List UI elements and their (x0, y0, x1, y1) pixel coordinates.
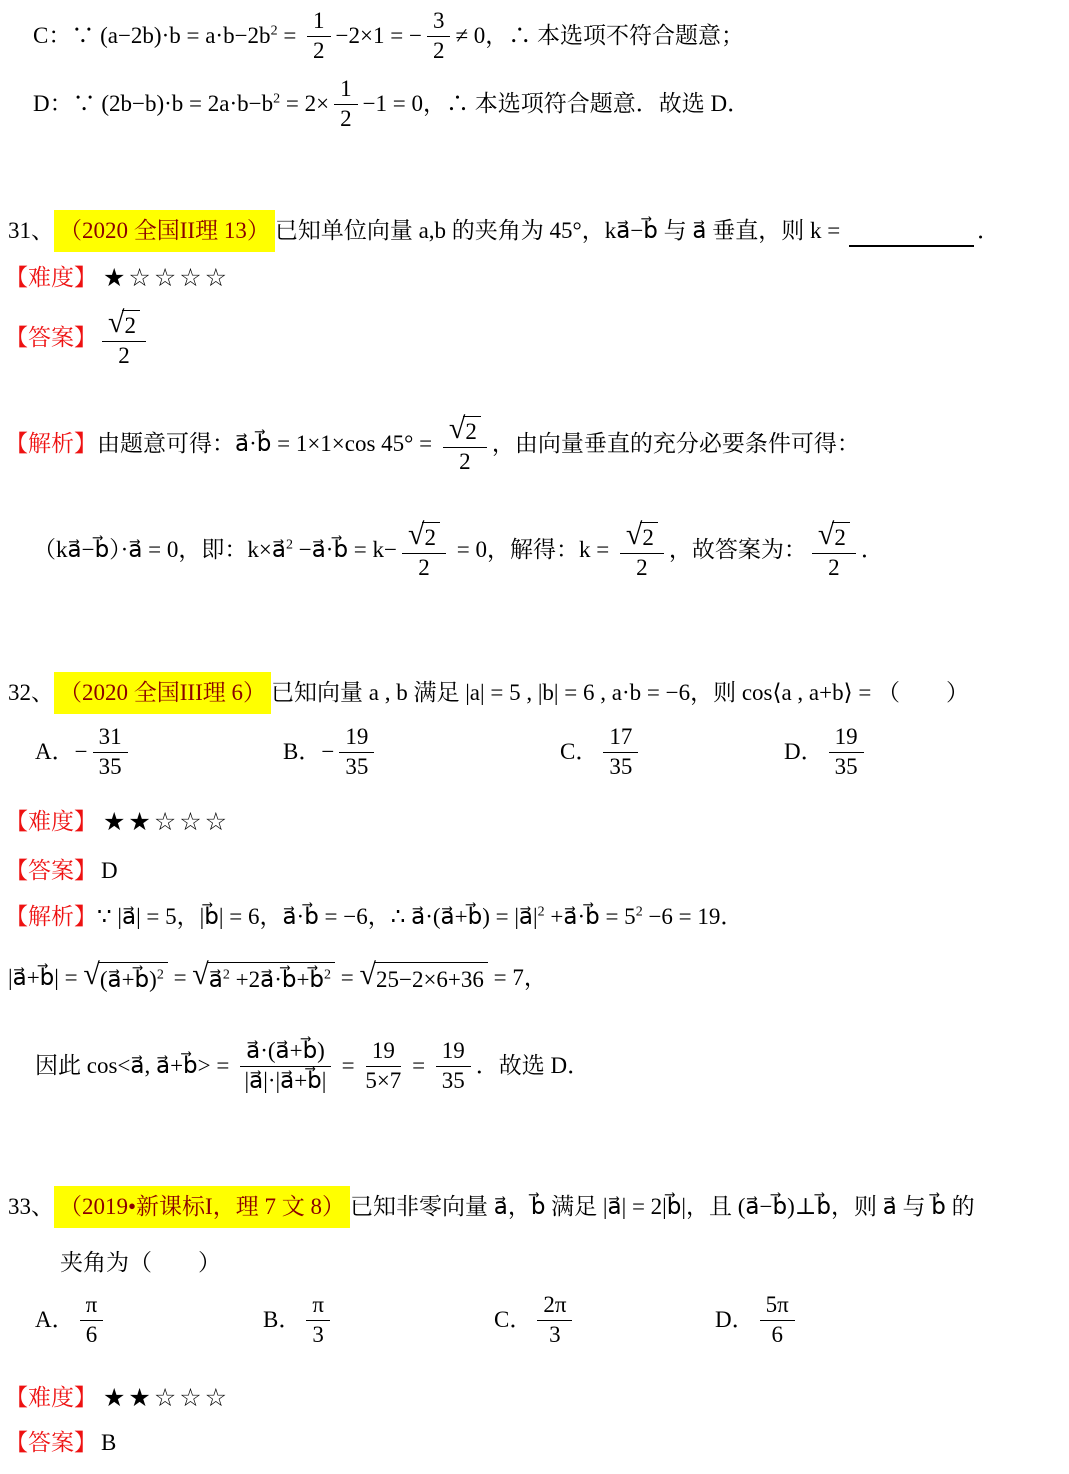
difficulty-stars: ★★☆☆☆ (103, 806, 230, 839)
option-label: C． (560, 737, 598, 767)
answer-label: 【答案】 (5, 323, 97, 353)
question-text: 已知向量 a , b 满足 |a| = 5 , |b| = 6 , a·b = … (271, 678, 969, 708)
numerator: 17 (603, 724, 638, 753)
denominator: 5×7 (365, 1067, 401, 1094)
denominator: 35 (345, 753, 368, 780)
question-text: 夹角为（ ） (60, 1248, 221, 1278)
exponent: 2 (286, 538, 293, 553)
math-text: = 0，解得：k = (451, 535, 615, 565)
math-text: （ka⃗−b⃗）·a⃗ = 0，即：k×a⃗ (33, 535, 286, 565)
radicand: 2 (463, 416, 481, 445)
numerator: 19 (829, 724, 864, 753)
numerator: 2π (537, 1292, 572, 1321)
conclusion-text: −1 = 0，∴ 本选项符合题意．故选 D． (363, 89, 751, 119)
denominator: 2 (636, 554, 648, 581)
denominator: 2 (340, 105, 352, 132)
fraction: 1935 (339, 724, 374, 780)
q32-option-a: A．− 3135 (35, 724, 133, 780)
denominator: 35 (835, 753, 858, 780)
answer-label: 【答案】 (5, 1428, 97, 1458)
math-text: ． (861, 535, 884, 565)
fraction: 1935 (436, 1038, 471, 1094)
radicand: 2 (832, 522, 850, 551)
question-32: 32、 （2020 全国III理 6） 已知向量 a , b 满足 |a| = … (8, 672, 969, 714)
source-tag-highlight: （2020 全国II理 13） (54, 210, 275, 252)
numerator: 19 (436, 1038, 471, 1067)
exponent: 2 (538, 904, 545, 919)
numerator: 19 (366, 1038, 401, 1067)
option-label: A．− (35, 737, 88, 767)
exponent: 2 (271, 23, 278, 38)
square-root: √2 (408, 520, 440, 551)
question-number: 31、 (8, 216, 54, 246)
radicand: 25−2×6+36 (374, 962, 488, 995)
radicand-text: (a⃗+b⃗) (100, 967, 157, 992)
q32-answer: 【答案】 D (5, 856, 118, 886)
numerator: π (80, 1292, 104, 1321)
math-text: −2×1 = − (336, 21, 422, 51)
q33-option-b: B． π3 (263, 1292, 335, 1348)
numerator: √2 (443, 414, 487, 448)
numerator: √2 (620, 520, 664, 554)
question-text: ． (977, 216, 1000, 246)
fraction-sqrt2-over-2: √2 2 (812, 520, 856, 581)
exponent: 2 (324, 967, 331, 982)
square-root: √2 (626, 520, 658, 551)
math-text: = (336, 1051, 360, 1081)
square-root: √2 (108, 308, 140, 339)
fraction: 12 (307, 8, 331, 64)
denominator: 35 (609, 753, 632, 780)
option-label: A． (35, 1305, 75, 1335)
math-text: 由题意可得：a⃗·b⃗ = 1×1×cos 45° = (97, 429, 438, 459)
question-text: 已知单位向量 a,b 的夹角为 45°，ka⃗−b⃗ 与 a⃗ 垂直，则 k = (275, 216, 846, 246)
question-33: 33、 （2019•新课标I，理 7 文 8） 已知非零向量 a⃗，b⃗ 满足 … (8, 1186, 975, 1228)
numerator: 1 (307, 8, 331, 37)
math-text: −a⃗·b⃗ = k− (293, 535, 397, 565)
superscript-wrap: 2 (273, 89, 280, 119)
radicand: 2 (640, 522, 658, 551)
square-root: √2 (818, 520, 850, 551)
numerator: √2 (102, 308, 146, 342)
radicand-text: +2a⃗·b⃗+b⃗ (230, 967, 324, 992)
option-c-analysis-line: C：∵ (a−2b)·b = a·b−2b2 = 12 −2×1 = − 32 … (33, 8, 744, 64)
math-text: D：∵ (2b−b)·b = 2a·b−b (33, 89, 273, 119)
document-page: C：∵ (a−2b)·b = a·b−2b2 = 12 −2×1 = − 32 … (0, 0, 1069, 1474)
denominator: 3 (312, 1321, 324, 1348)
math-text: C：∵ (a−2b)·b = a·b−2b (33, 21, 271, 51)
math-text: 因此 cos<a⃗, a⃗+b⃗> = (35, 1051, 235, 1081)
option-label: C． (494, 1305, 532, 1335)
q31-analysis: 【解析】 由题意可得：a⃗·b⃗ = 1×1×cos 45° = √2 2 ，由… (5, 414, 860, 475)
numerator: 5π (760, 1292, 795, 1321)
difficulty-label: 【难度】 (5, 807, 97, 837)
q33-difficulty: 【难度】 ★★☆☆☆ (5, 1382, 230, 1415)
superscript-wrap: 2 (286, 535, 293, 565)
difficulty-stars: ★★☆☆☆ (103, 1382, 230, 1415)
question-number: 32、 (8, 678, 54, 708)
math-text: ∵ |a⃗| = 5，|b⃗| = 6，a⃗·b⃗ = −6，∴ a⃗·(a⃗+… (97, 902, 538, 932)
denominator: 2 (313, 37, 325, 64)
fraction-sqrt2-over-2: √2 2 (102, 308, 146, 369)
fraction-sqrt2-over-2: √2 2 (443, 414, 487, 475)
big-fraction: a⃗·(a⃗+b⃗)|a⃗|·|a⃗+b⃗| (240, 1038, 331, 1094)
denominator: 35 (99, 753, 122, 780)
fraction: 1735 (603, 724, 638, 780)
radicand-text: a⃗ (209, 967, 223, 992)
math-text: = (168, 963, 192, 993)
answer-value: D (101, 856, 118, 886)
numerator: √2 (402, 520, 446, 554)
answer-blank (849, 219, 974, 247)
superscript-wrap: 2 (538, 902, 545, 932)
fraction: 2π3 (537, 1292, 572, 1348)
radicand: (a⃗+b⃗)2 (98, 962, 168, 995)
fraction: 3135 (93, 724, 128, 780)
fraction-sqrt2-over-2: √2 2 (620, 520, 664, 581)
option-label: D． (715, 1305, 755, 1335)
radicand: 2 (422, 522, 440, 551)
answer-label: 【答案】 (5, 856, 97, 886)
source-tag-highlight: （2020 全国III理 6） (54, 672, 271, 714)
q33-option-d: D． 5π6 (715, 1292, 800, 1348)
math-text: = 7， (488, 963, 547, 993)
square-root: √a⃗2 +2a⃗·b⃗+b⃗2 (192, 960, 335, 995)
math-text: ，由向量垂直的充分必要条件可得： (492, 429, 860, 459)
numerator: 3 (427, 8, 451, 37)
q32-option-c: C． 1735 (560, 724, 643, 780)
numerator: 1 (334, 76, 358, 105)
denominator: |a⃗|·|a⃗+b⃗| (245, 1067, 327, 1094)
square-root: √(a⃗+b⃗)2 (83, 960, 167, 995)
source-tag-highlight: （2019•新课标I，理 7 文 8） (54, 1186, 350, 1228)
denominator: 35 (442, 1067, 465, 1094)
fraction: 1935 (829, 724, 864, 780)
option-label: B． (263, 1305, 301, 1335)
fraction: π6 (80, 1292, 104, 1348)
square-root: √25−2×6+36 (360, 960, 488, 995)
numerator: π (306, 1292, 330, 1321)
math-text: = 2× (280, 89, 329, 119)
difficulty-label: 【难度】 (5, 1383, 97, 1413)
denominator: 6 (86, 1321, 98, 1348)
q32-difficulty: 【难度】 ★★☆☆☆ (5, 806, 230, 839)
difficulty-label: 【难度】 (5, 263, 97, 293)
conclusion-text: ．故选 D． (476, 1051, 590, 1081)
square-root: √2 (449, 414, 481, 445)
q33-answer: 【答案】 B (5, 1428, 116, 1458)
numerator: a⃗·(a⃗+b⃗) (240, 1038, 331, 1067)
denominator: 2 (418, 554, 430, 581)
analysis-label: 【解析】 (5, 902, 97, 932)
exponent: 2 (273, 91, 280, 106)
fraction-sqrt2-over-2: √2 2 (402, 520, 446, 581)
numerator: √2 (812, 520, 856, 554)
fraction: π3 (306, 1292, 330, 1348)
superscript-wrap: 2 (636, 902, 643, 932)
radicand: a⃗2 +2a⃗·b⃗+b⃗2 (207, 962, 335, 995)
question-text: 已知非零向量 a⃗，b⃗ 满足 |a⃗| = 2|b⃗|，且 (a⃗−b⃗)⊥b… (350, 1192, 975, 1222)
numerator: 31 (93, 724, 128, 753)
q32-analysis: 【解析】 ∵ |a⃗| = 5，|b⃗| = 6，a⃗·b⃗ = −6，∴ a⃗… (5, 902, 743, 932)
math-text: = (335, 963, 359, 993)
difficulty-stars: ★☆☆☆☆ (103, 262, 230, 295)
math-text: −6 = 19． (643, 902, 744, 932)
q32-option-d: D． 1935 (784, 724, 869, 780)
option-d-analysis-line: D：∵ (2b−b)·b = 2a·b−b2 = 2× 12 −1 = 0，∴ … (33, 76, 750, 132)
q31-difficulty: 【难度】 ★☆☆☆☆ (5, 262, 230, 295)
denominator: 6 (771, 1321, 783, 1348)
q33-option-c: C． 2π3 (494, 1292, 577, 1348)
analysis-label: 【解析】 (5, 429, 97, 459)
answer-value: B (101, 1428, 116, 1458)
option-label: B．− (283, 737, 334, 767)
q32-option-b: B．− 1935 (283, 724, 379, 780)
denominator: 2 (828, 554, 840, 581)
denominator: 2 (118, 342, 130, 369)
math-text: ，故答案为： (669, 535, 807, 565)
radicand-text: 25−2×6+36 (376, 967, 484, 992)
exponent: 2 (223, 967, 230, 982)
question-31: 31、 （2020 全国II理 13） 已知单位向量 a,b 的夹角为 45°，… (8, 210, 1000, 252)
exponent: 2 (157, 967, 164, 982)
fraction: 32 (427, 8, 451, 64)
math-text: = (406, 1051, 430, 1081)
q32-equation-2: 因此 cos<a⃗, a⃗+b⃗> = a⃗·(a⃗+b⃗)|a⃗|·|a⃗+b… (35, 1038, 590, 1094)
option-label: D． (784, 737, 824, 767)
exponent: 2 (636, 904, 643, 919)
q31-equation-line: （ka⃗−b⃗）·a⃗ = 0，即：k×a⃗2 −a⃗·b⃗ = k− √2 2… (33, 520, 884, 581)
conclusion-text: ≠ 0，∴ 本选项不符合题意； (455, 21, 744, 51)
question-number: 33、 (8, 1192, 54, 1222)
fraction: 5π6 (760, 1292, 795, 1348)
q33-line-2: 夹角为（ ） (60, 1248, 221, 1278)
q32-equation-1: |a⃗+b⃗| = √(a⃗+b⃗)2 = √a⃗2 +2a⃗·b⃗+b⃗2 =… (8, 960, 547, 995)
fraction: 12 (334, 76, 358, 132)
denominator: 2 (433, 37, 445, 64)
math-text: +a⃗·b⃗ = 5 (545, 902, 636, 932)
fraction: 195×7 (365, 1038, 401, 1094)
denominator: 3 (549, 1321, 561, 1348)
q31-answer: 【答案】 √2 2 (5, 308, 151, 369)
math-text: |a⃗+b⃗| = (8, 963, 83, 993)
radicand: 2 (122, 310, 140, 339)
denominator: 2 (459, 448, 471, 475)
math-text: = (278, 21, 302, 51)
q33-option-a: A． π6 (35, 1292, 108, 1348)
superscript-wrap: 2 (271, 21, 278, 51)
numerator: 19 (339, 724, 374, 753)
